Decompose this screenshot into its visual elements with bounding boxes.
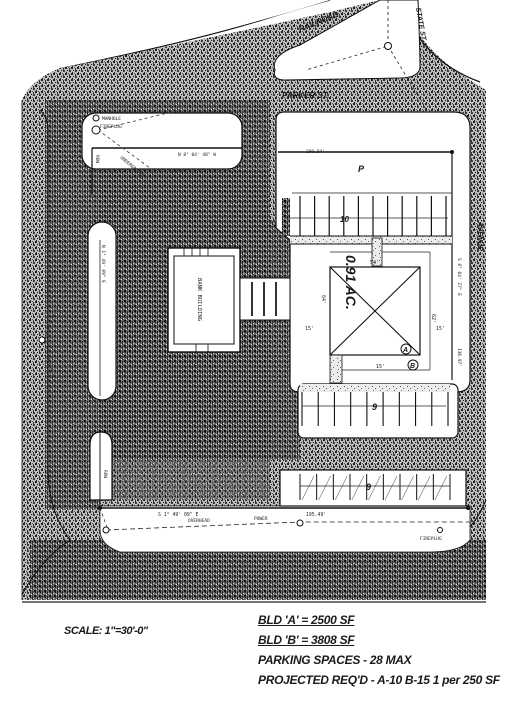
fireplug-label-top: FIREPLUG [100, 124, 122, 130]
parking-bottom-count: 9 [366, 482, 371, 492]
manhole-label: MANHOLE [102, 116, 121, 122]
area-label: 0.91 AC. [343, 255, 359, 310]
site-notes: BLD 'A' = 2500 SF BLD 'B' = 3808 SF PARK… [258, 610, 498, 690]
bearing-top: N 8° 04' 48" W [178, 152, 216, 158]
scale-label: SCALE: 1"=30'-0" [64, 625, 148, 637]
overhead-label: OVERHEAD [188, 518, 210, 524]
row-label-left: ROW [94, 155, 100, 163]
parking-row-middle: 9 [298, 384, 458, 438]
circle-label-b: B [410, 363, 415, 370]
dim-64: 64' [320, 295, 326, 304]
row-label-bottom: ROW [102, 470, 108, 478]
bearing-left: N 1° 49' 09" E [100, 245, 106, 283]
parking-top-marker: P [358, 164, 365, 174]
note-building-b: BLD 'B' = 3808 SF [258, 630, 498, 650]
power-label: POWER [254, 516, 268, 522]
dim-54: 54' [370, 260, 379, 266]
dim-15-c: 15' [305, 326, 314, 332]
parking-row-bottom: 9 [280, 470, 466, 506]
distance-right: 136.97' [456, 348, 462, 367]
circle-label-a: A [402, 347, 408, 354]
distance-bottom: 195.49' [306, 512, 326, 518]
fireplug-label-bottom: FIREPLUG [420, 536, 442, 542]
bank-building-label: BANK BUILDING [196, 278, 202, 321]
curb-label: CURB [172, 168, 183, 174]
distance-top: 200.84' [306, 149, 325, 155]
avenue-label: AVENUE [476, 221, 483, 251]
parker-street-label: PARKER ST. [282, 91, 329, 100]
dim-62: 62' [430, 314, 436, 323]
note-building-a: BLD 'A' = 2500 SF [258, 610, 498, 630]
dim-15-b: 15' [436, 326, 445, 332]
note-projected-required: PROJECTED REQ'D - A-10 B-15 1 per 250 SF [258, 670, 498, 690]
bearing-right: S 8° 04' 27" E [456, 258, 462, 296]
parking-mid-count: 9 [372, 402, 377, 412]
site-plan-drawing: MANHOLE FIREPLUG N 8° 04' 48" W CURB UND… [0, 0, 516, 706]
note-parking-spaces: PARKING SPACES - 28 MAX [258, 650, 498, 670]
dim-15-a: 15' [376, 364, 385, 370]
parking-top-count: 10 [340, 215, 349, 224]
lower-left-island: ROW [90, 432, 112, 508]
bearing-bottom: S 1° 49' 09" E [158, 512, 199, 518]
